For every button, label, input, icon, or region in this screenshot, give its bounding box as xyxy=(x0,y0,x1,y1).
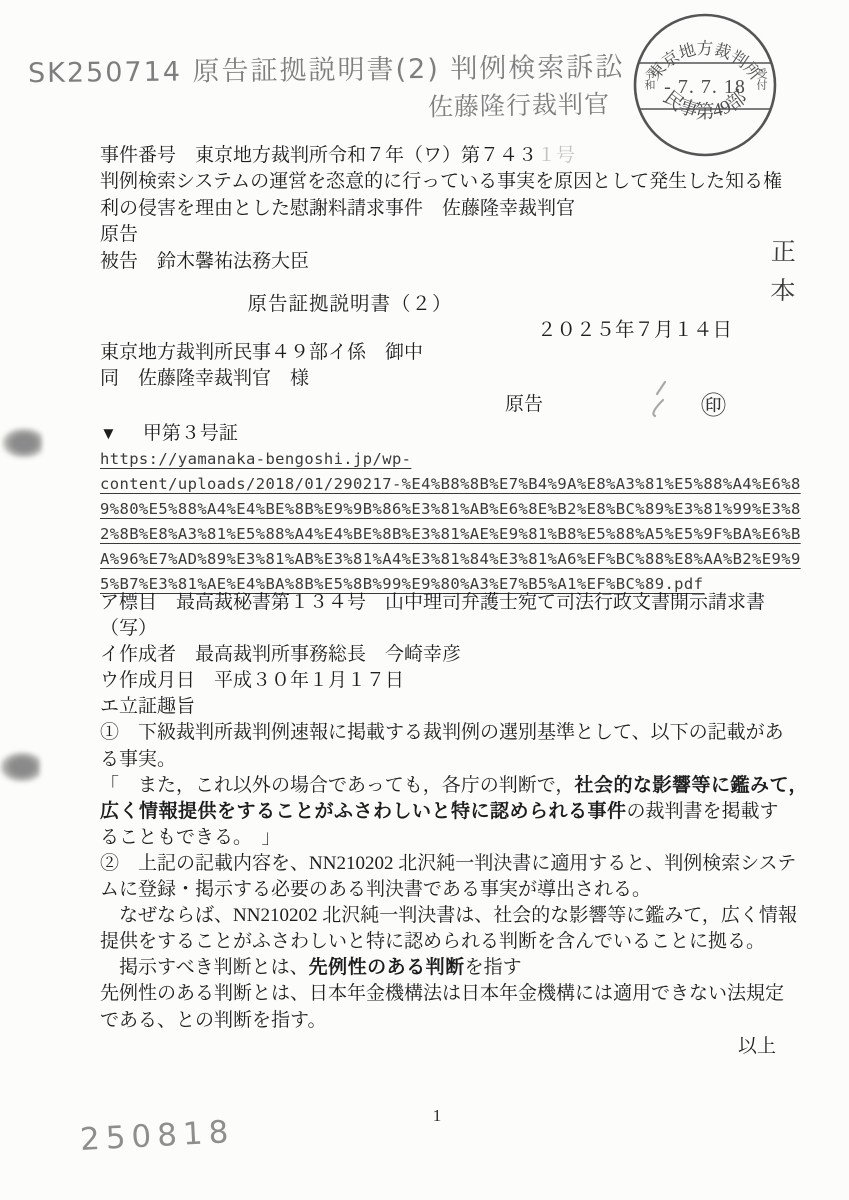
paragraph3-line2: 提供をすることがふさわしいと特に認められる判断を含んでいることに拠る。 xyxy=(100,929,794,955)
document-title: 原告証拠説明書（２） xyxy=(60,288,640,316)
evidence-url: https://yamanaka-bengoshi.jp/wp- content… xyxy=(100,447,800,597)
quote-line2: 広く情報提供をすることがふさわしいと特に認められる事件の裁判書を掲載す xyxy=(100,799,794,825)
stamp-receipt-label: 受付 xyxy=(755,68,768,90)
evidence-description: ア標目 最高裁秘書第１３４号 山中理司弁護士宛て司法行政文書開示請求書 （写） … xyxy=(100,590,794,1060)
precedent-bold-segment: 先例性のある判断 xyxy=(309,957,465,978)
paragraph2-line1: ② 上記の記載内容を、NN210202 北沢純一判決書に適用すると、判例検索シス… xyxy=(100,851,794,877)
quote-bold-segment: 社会的な影響等に鑑みて， xyxy=(574,775,808,796)
quote-bold-segment: 広く情報提供をすることがふさわしいと特に認められる事件 xyxy=(100,801,627,822)
scanned-court-document: SK250714 原告証拠説明書(2) 判例検索訴訟 佐藤隆行裁判官 25081… xyxy=(0,0,849,1200)
case-title-line2: 利の侵害を理由とした慰謝料請求事件 佐藤隆幸裁判官 xyxy=(100,196,800,222)
handwritten-judge-note: 佐藤隆行裁判官 xyxy=(428,84,611,123)
case-caption: 事件番号 東京地方裁判所令和７年（ワ）第７４３１号 判例検索システムの運営を恣意… xyxy=(100,143,800,275)
item-c-date: ウ作成月日 平成３０年１月１７日 xyxy=(100,668,794,694)
document-date: ２０２５年７月１４日 xyxy=(100,314,732,342)
evidence-number: 甲第３号証 xyxy=(143,423,238,444)
url-line: https://yamanaka-bengoshi.jp/wp- xyxy=(100,447,800,472)
paragraph4-line: 掲示すべき判断とは、先例性のある判断を指す xyxy=(100,955,794,981)
triangle-marker-icon: ▼ xyxy=(100,424,117,443)
url-line: 2%8B%E8%A3%81%E5%88%A4%E4%BE%8B%E3%81%AE… xyxy=(100,522,800,547)
paragraph3-line1: なぜならば、NN210202 北沢純一判決書は、社会的な影響等に鑑みて，広く情報 xyxy=(100,903,794,929)
url-line: content/uploads/2018/01/290217-%E4%B8%8B… xyxy=(100,472,800,497)
seal-icon: ㊞ xyxy=(701,386,726,422)
url-line: A%96%E7%AD%89%E3%81%AB%E3%81%A4%E3%81%84… xyxy=(100,547,800,572)
quote-line3: ることもできる。 」 xyxy=(100,825,794,851)
handwritten-header-note: SK250714 原告証拠説明書(2) 判例検索訴訟 xyxy=(28,45,625,90)
paragraph5-line1: 先例性のある判断とは、日本年金機構法は日本年金機構には適用できない法規定 xyxy=(100,981,794,1007)
defendant-line: 被告 鈴木馨祐法務大臣 xyxy=(100,249,800,275)
closing-ijou: 以上 xyxy=(100,1034,794,1060)
case-number-faded-suffix: １号 xyxy=(537,145,575,166)
paragraph1-line2: る事実。 xyxy=(100,747,794,773)
paragraph2-line2: ムに登録・掲示する必要のある判決書である事実が導出される。 xyxy=(100,877,794,903)
paragraph1-line1: ① 下級裁判所裁判例速報に掲載する裁判例の選別基準として、以下の記載があ xyxy=(100,720,794,746)
addressee-block: 東京地方裁判所民事４９部イ係 御中 同 佐藤隆幸裁判官 様 xyxy=(100,340,750,393)
hole-punch-artifact xyxy=(2,428,42,458)
stamp-era-label: 令和 xyxy=(643,67,656,91)
item-b-author: イ作成者 最高裁判所事務総長 今崎幸彦 xyxy=(100,642,794,668)
addressee-court: 東京地方裁判所民事４９部イ係 御中 xyxy=(100,340,750,366)
copy-original-label: 正本 xyxy=(762,238,799,317)
evidence-heading: ▼甲第３号証 xyxy=(100,418,238,445)
from-label: 原告 xyxy=(505,394,543,415)
case-title-line1: 判例検索システムの運営を恣意的に行っている事実を原因として発生した知る権 xyxy=(100,169,800,195)
quote-line1: 「 また，これ以外の場合であっても，各庁の判断で，社会的な影響等に鑑みて， xyxy=(100,773,794,799)
item-a-title-line1: ア標目 最高裁秘書第１３４号 山中理司弁護士宛て司法行政文書開示請求書 xyxy=(100,590,794,616)
item-d-purpose: エ立証趣旨 xyxy=(100,694,794,720)
paragraph5-line2: である、との判断を指す。 xyxy=(100,1008,794,1034)
court-receipt-stamp: 東京地方裁判所 令和 - 7. 7. 18 受付 民事第49部 xyxy=(630,10,780,160)
plaintiff-label: 原告 xyxy=(100,222,800,248)
page-number: 1 xyxy=(0,1106,849,1126)
hole-punch-artifact xyxy=(0,752,40,782)
url-line: 9%80%E5%88%A4%E4%BE%8B%E9%9B%86%E3%81%AB… xyxy=(100,497,800,522)
case-number-line: 事件番号 東京地方裁判所令和７年（ワ）第７４３１号 xyxy=(100,143,800,169)
signature-row: 原告 ㊞ xyxy=(505,389,765,416)
item-a-title-line2: （写） xyxy=(100,616,794,642)
